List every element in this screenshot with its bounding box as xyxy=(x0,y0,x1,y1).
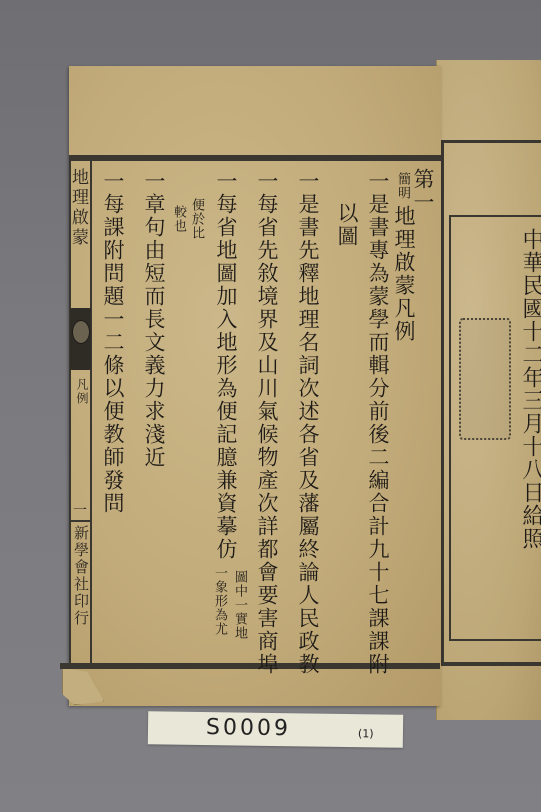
gutter-page-number: 一 xyxy=(73,500,87,520)
rule-6-text: 一每課附問題一二條以便教師發問 xyxy=(102,170,123,515)
heading-annotation: 簡明 xyxy=(396,172,409,200)
rule-5-text: 一章句由短而長文義力求淺近 xyxy=(143,170,164,469)
volume-number: (1) xyxy=(358,727,374,740)
gutter-separator xyxy=(70,520,91,522)
rule-3-text: 一每省先敘境界及山川氣候物產次詳都會要害商埠 xyxy=(256,170,277,676)
rule-1-text: 一是書專為蒙學而輯分前後二編合計九十七課課附 xyxy=(367,170,388,676)
rule-4-text: 一每省地圖加入地形為便記臆兼資摹仿 xyxy=(215,170,236,561)
right-frame-bottom xyxy=(441,662,541,666)
rule-2-text: 一是書先釋地理名詞次述各省及藩屬終論人民政教 xyxy=(297,170,318,676)
gutter-book-title: 地理啟蒙 xyxy=(71,168,91,248)
heading-title: 地理啟蒙凡例 xyxy=(393,205,414,343)
seal-icon xyxy=(72,320,90,344)
gutter-publisher: 新學會社印行 xyxy=(71,525,92,627)
stamp-seal xyxy=(459,318,511,440)
catalog-label: S0009 (1) xyxy=(148,711,403,748)
right-page-inscription: 中華民國十二年三月十八日給照 xyxy=(516,228,541,550)
rule-4-note-4: 較也 xyxy=(172,205,185,233)
frame-top xyxy=(69,155,441,161)
right-frame-top xyxy=(441,140,541,143)
rule-4-note-3: 便於比 xyxy=(190,198,203,240)
rule-4-note-1: 圖中一實地 xyxy=(233,570,246,640)
right-frame-left xyxy=(441,140,444,665)
gutter-section: 凡例 xyxy=(74,378,91,406)
catalog-code: S0009 xyxy=(206,715,291,741)
rule-1-continuation: 以圖 xyxy=(336,202,357,248)
rule-4-note-2: 一象形為尤 xyxy=(213,566,226,636)
